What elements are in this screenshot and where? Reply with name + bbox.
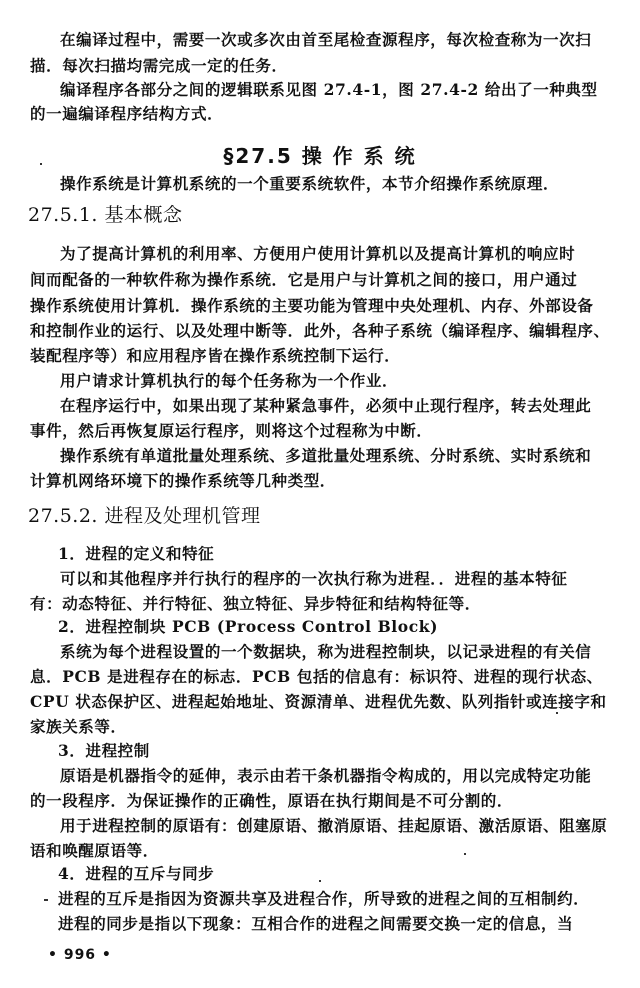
paragraph-line: 操作系统使用计算机．操作系统的主要功能为管理中央处理机、内存、外部设备 [30, 296, 594, 316]
paragraph-line: 计算机网络环境下的操作系统等几种类型． [30, 471, 336, 491]
paragraph-line: 语和唤醒原语等． [30, 841, 159, 861]
paragraph-line: 的一遍编译程序结构方式． [30, 104, 223, 124]
paragraph-line: 进程的互斥是指因为资源共享及进程合作，所导致的进程之间的互相制约． [58, 889, 589, 909]
scan-speck [319, 880, 321, 882]
paragraph-line: 原语是机器指令的延伸，表示由若干条机器指令构成的，用以完成特定功能 [60, 766, 591, 786]
subsection-title: 27.5.1. 基本概念 [28, 203, 183, 227]
item-heading: 2．进程控制块 PCB (Process Control Block) [58, 617, 438, 637]
paragraph-line: CPU 状态保护区、进程起始地址、资源清单、进程优先数、队列指针或连接字和 [30, 692, 607, 712]
scan-speck [40, 163, 42, 165]
scan-speck [464, 853, 466, 855]
paragraph-line: 进程的同步是指以下现象：互相合作的进程之间需要交换一定的信息，当 [58, 914, 573, 934]
paragraph-line: 系统为每个进程设置的一个数据块，称为进程控制块，以记录进程的有关信 [60, 642, 591, 662]
subsection-title: 27.5.2. 进程及处理机管理 [28, 504, 261, 528]
paragraph-line: 和控制作业的运行、以及处理中断等．此外，各种子系统（编译程序、编辑程序、 [30, 321, 610, 341]
item-heading: 4．进程的互斥与同步 [58, 864, 214, 884]
paragraph-line: 息．PCB 是进程存在的标志．PCB 包括的信息有：标识符、进程的现行状态、 [30, 667, 603, 687]
paragraph-line: 描．每次扫描均需完成一定的任务． [30, 56, 288, 76]
paragraph-line: 操作系统有单道批量处理系统、多道批量处理系统、分时系统、实时系统和 [60, 446, 591, 466]
paragraph-line: 用于进程控制的原语有：创建原语、撤消原语、挂起原语、激活原语、阻塞原 [60, 816, 607, 836]
paragraph-line: 用户请求计算机执行的每个任务称为一个作业． [60, 371, 398, 391]
item-heading: 1．进程的定义和特征 [58, 544, 214, 564]
paragraph-line: 的一段程序．为保证操作的正确性，原语在执行期间是不可分割的． [30, 791, 513, 811]
section-summary: 操作系统是计算机系统的一个重要系统软件，本节介绍操作系统原理． [60, 174, 559, 194]
paragraph-line: 事件，然后再恢复原运行程序，则将这个过程称为中断． [30, 421, 433, 441]
paragraph-line: 间而配备的一种软件称为操作系统．它是用户与计算机之间的接口，用户通过 [30, 270, 577, 290]
paragraph-line: 有：动态特征、并行特征、独立特征、异步特征和结构特征等． [30, 594, 481, 614]
page-number: • 996 • [48, 947, 112, 963]
paragraph-line: 在程序运行中，如果出现了某种紧急事件，必须中止现行程序，转去处理此 [60, 396, 591, 416]
scan-speck [556, 712, 558, 714]
paragraph-line: 为了提高计算机的利用率、方便用户使用计算机以及提高计算机的响应时 [60, 244, 575, 264]
paragraph-line: 编译程序各部分之间的逻辑联系见图 27.4-1，图 27.4-2 给出了一种典型 [60, 80, 598, 100]
paragraph-line: 在编译过程中，需要一次或多次由首至尾检查源程序，每次检查称为一次扫 [60, 30, 591, 50]
paragraph-line: 家族关系等． [30, 717, 127, 737]
item-heading: 3．进程控制 [58, 741, 150, 761]
section-title: §27.5 操 作 系 统 [0, 140, 640, 169]
paragraph-line: 可以和其他程序并行执行的程序的一次执行称为进程．．进程的基本特征 [60, 569, 567, 589]
paragraph-line: 装配程序等）和应用程序皆在操作系统控制下运行． [30, 346, 400, 366]
scan-speck [44, 899, 48, 901]
